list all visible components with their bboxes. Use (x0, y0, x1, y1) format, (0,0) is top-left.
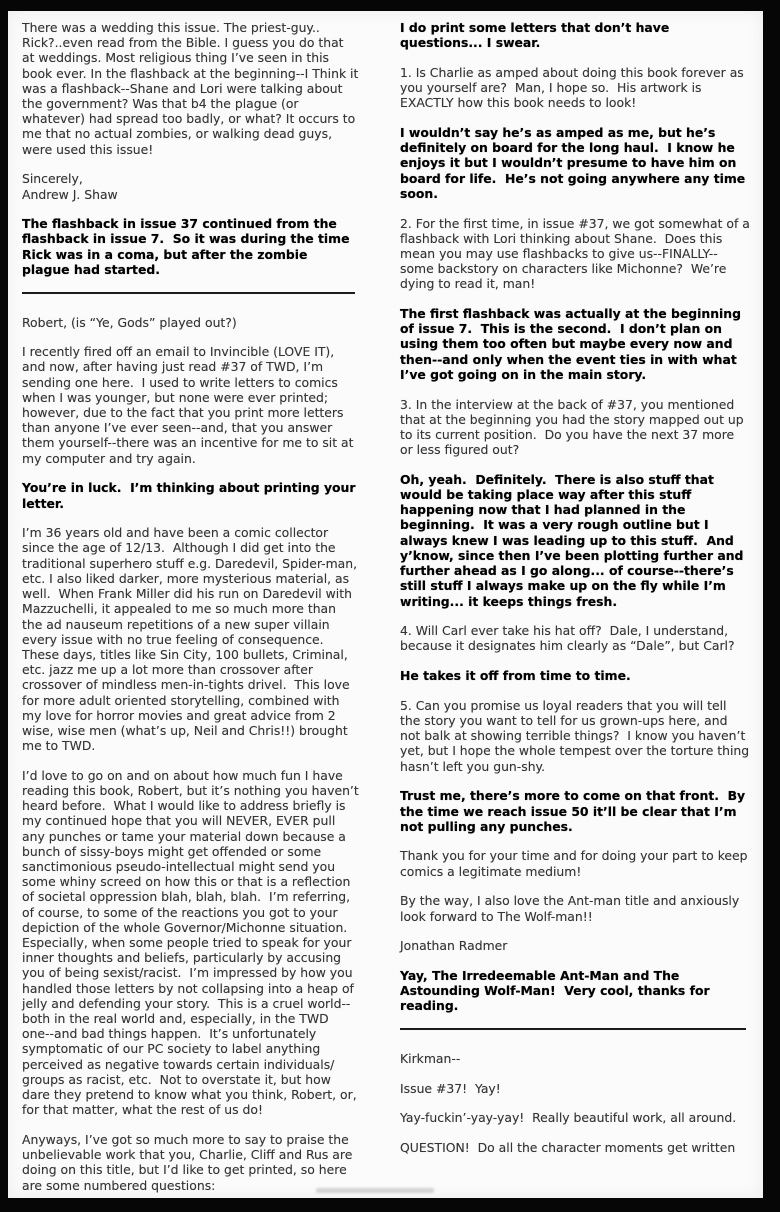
letter-paragraph: Yay-fuckin’-yay-yay! Really beautiful wo… (400, 1110, 750, 1125)
scan-black-border: There was a wedding this issue. The prie… (0, 0, 780, 1212)
letter-paragraph: Robert, (is “Ye, Gods” played out?) (22, 315, 359, 330)
section-divider (400, 1028, 746, 1030)
letter-paragraph: Jonathan Radmer (400, 938, 750, 953)
section-divider (22, 292, 355, 294)
letter-paragraph: Thank you for your time and for doing yo… (400, 848, 750, 878)
letter-paragraph: I’d love to go on and on about how much … (22, 768, 359, 1118)
letter-paragraph: 5. Can you promise us loyal readers that… (400, 698, 750, 774)
letter-paragraph: QUESTION! Do all the character moments g… (400, 1140, 750, 1155)
letters-page: There was a wedding this issue. The prie… (8, 11, 763, 1198)
editor-reply-paragraph: The flashback in issue 37 continued from… (22, 216, 359, 277)
letter-paragraph: 3. In the interview at the back of #37, … (400, 397, 750, 458)
editor-reply-paragraph: I do print some letters that don’t have … (400, 20, 750, 50)
editor-reply-paragraph: Trust me, there’s more to come on that f… (400, 788, 750, 834)
right-column: I do print some letters that don’t have … (400, 20, 750, 1170)
editor-reply-paragraph: I wouldn’t say he’s as amped as me, but … (400, 125, 750, 201)
letter-paragraph: Issue #37! Yay! (400, 1081, 750, 1096)
editor-reply-paragraph: Oh, yeah. Definitely. There is also stuf… (400, 472, 750, 609)
letter-paragraph: By the way, I also love the Ant-man titl… (400, 893, 750, 923)
letter-paragraph: There was a wedding this issue. The prie… (22, 20, 359, 157)
letter-paragraph: Kirkman-- (400, 1051, 750, 1066)
scan-artifact (316, 1188, 434, 1193)
letter-paragraph: Anyways, I’ve got so much more to say to… (22, 1132, 359, 1193)
letter-paragraph: I recently fired off an email to Invinci… (22, 344, 359, 466)
editor-reply-paragraph: You’re in luck. I’m thinking about print… (22, 480, 359, 510)
letter-paragraph: 2. For the first time, in issue #37, we … (400, 216, 750, 292)
letter-paragraph: 4. Will Carl ever take his hat off? Dale… (400, 623, 750, 653)
editor-reply-paragraph: Yay, The Irredeemable Ant-Man and The As… (400, 968, 750, 1014)
letter-paragraph: Sincerely, Andrew J. Shaw (22, 171, 359, 201)
left-column: There was a wedding this issue. The prie… (22, 20, 359, 1207)
editor-reply-paragraph: He takes it off from time to time. (400, 668, 750, 683)
letter-paragraph: 1. Is Charlie as amped about doing this … (400, 65, 750, 111)
editor-reply-paragraph: The first flashback was actually at the … (400, 306, 750, 382)
letter-paragraph: I’m 36 years old and have been a comic c… (22, 525, 359, 753)
